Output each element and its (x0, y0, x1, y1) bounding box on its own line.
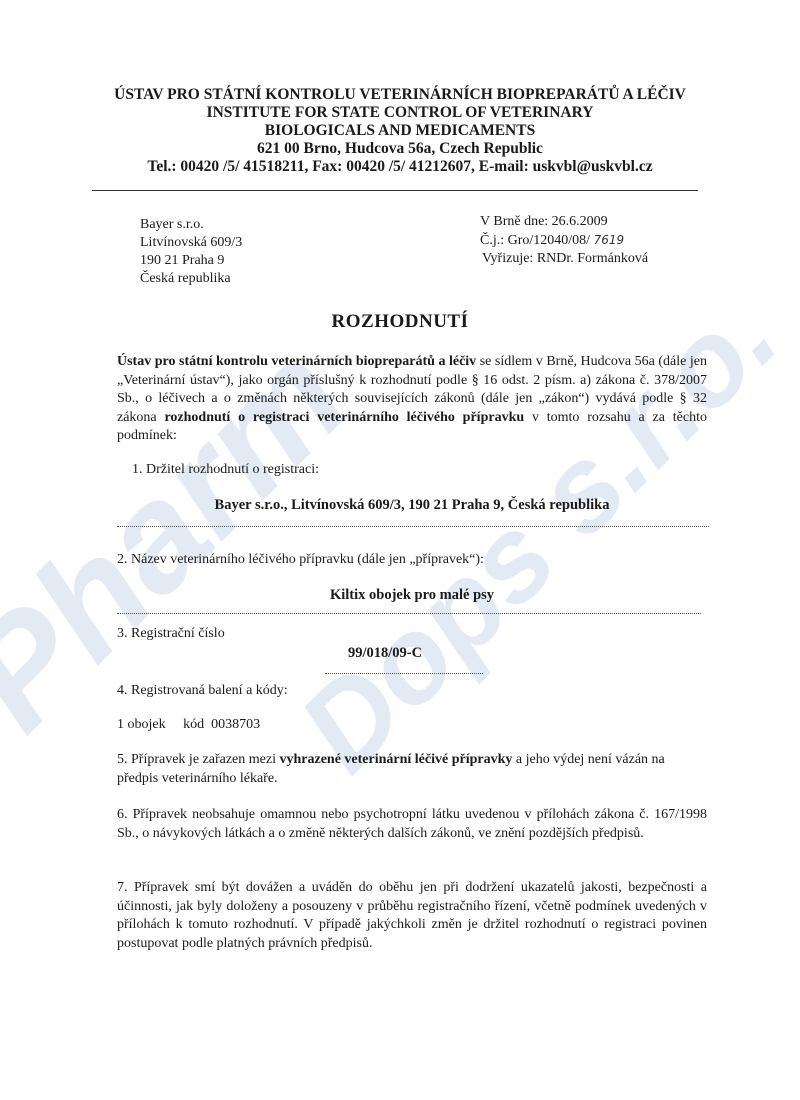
recipient-street: Litvínovská 609/3 (140, 234, 242, 252)
reference-handwritten: 7619 (594, 233, 625, 247)
p5-text-1: 5. Přípravek je zařazen mezi (117, 752, 279, 767)
holder-label: 1. Držitel rozhodnutí o registraci: (132, 461, 319, 479)
letterhead: ÚSTAV PRO STÁTNÍ KONTROLU VETERINÁRNÍCH … (0, 86, 800, 176)
paragraph-6: 6. Přípravek neobsahuje omamnou nebo psy… (117, 806, 707, 843)
intro-bold-institute: Ústav pro státní kontrolu veterinárních … (117, 354, 476, 369)
institute-name-en-1: INSTITUTE FOR STATE CONTROL OF VETERINAR… (0, 104, 800, 122)
recipient-city: 190 21 Praha 9 (140, 252, 242, 270)
letterhead-divider (92, 190, 698, 191)
institute-name-en-2: BIOLOGICALS AND MEDICAMENTS (0, 122, 800, 140)
paragraph-7: 7. Přípravek smí být dovážen a uváděn do… (117, 879, 707, 953)
institute-address: 621 00 Brno, Hudcova 56a, Czech Republic (0, 140, 800, 158)
packaging-label: 4. Registrovaná balení a kódy: (117, 682, 288, 700)
institute-contacts: Tel.: 00420 /5/ 41518211, Fax: 00420 /5/… (0, 158, 800, 176)
paragraph-5: 5. Přípravek je zařazen mezi vyhrazené v… (117, 751, 677, 788)
intro-bold-decision: rozhodnutí o registraci veterinárního lé… (164, 410, 524, 425)
registration-number-value: 99/018/09-C (90, 645, 680, 662)
recipient-address: Bayer s.r.o. Litvínovská 609/3 190 21 Pr… (140, 216, 242, 288)
document-title: ROZHODNUTÍ (0, 311, 800, 333)
reference-prefix: Č.j.: Gro/12040/08/ (480, 233, 590, 248)
watermark-text-right: Dops s.r.o. (272, 267, 800, 798)
product-name-value: Kiltix obojek pro malé psy (117, 587, 707, 604)
institute-name-cz: ÚSTAV PRO STÁTNÍ KONTROLU VETERINÁRNÍCH … (0, 86, 800, 104)
handled-by: Vyřizuje: RNDr. Formánková (480, 250, 648, 268)
holder-value: Bayer s.r.o., Litvínovská 609/3, 190 21 … (117, 497, 707, 514)
product-name-label: 2. Název veterinárního léčivého přípravk… (117, 551, 484, 569)
reference-number: Č.j.: Gro/12040/08/ 7619 (480, 231, 648, 250)
intro-paragraph: Ústav pro státní kontrolu veterinárních … (117, 353, 707, 446)
registration-number-dotted-line (325, 673, 483, 674)
recipient-name: Bayer s.r.o. (140, 216, 242, 234)
product-name-dotted-line (117, 613, 701, 614)
packaging-value: 1 obojek kód 0038703 (117, 716, 260, 734)
registration-number-label: 3. Registrační číslo (117, 625, 225, 643)
recipient-country: Česká republika (140, 270, 242, 288)
letter-date: V Brně dne: 26.6.2009 (480, 213, 648, 231)
letter-meta: V Brně dne: 26.6.2009 Č.j.: Gro/12040/08… (480, 213, 648, 268)
holder-dotted-line (117, 526, 709, 527)
p5-bold: vyhrazené veterinární léčivé přípravky (279, 752, 512, 767)
